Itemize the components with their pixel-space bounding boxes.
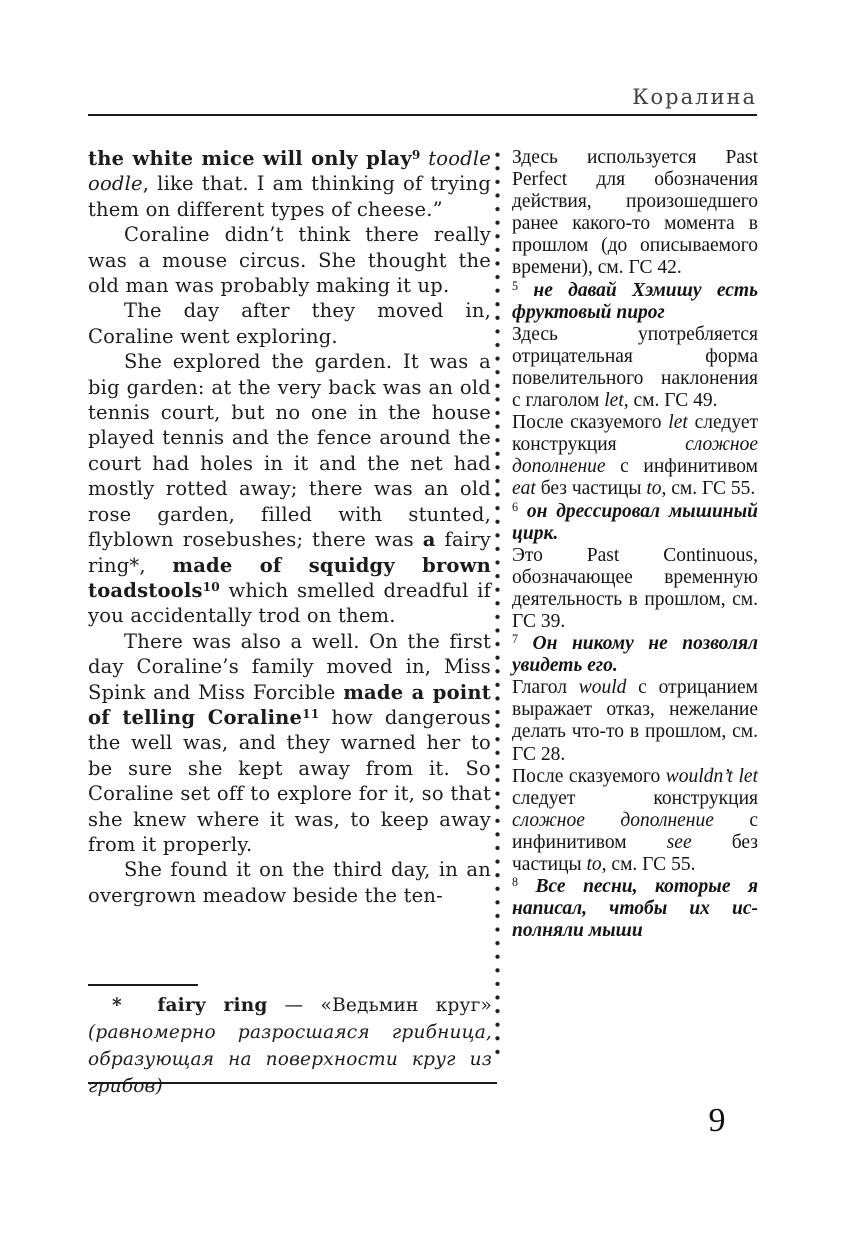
text-segment: Глагол [512,677,579,698]
text-segment: The day after they moved in, Coraline we… [88,299,491,347]
note: 8 Все песни, которые я написал, чтобы их… [512,876,758,942]
text-segment [518,501,527,522]
header-rule [88,114,757,116]
paragraph: The day after they moved in, Coraline we… [88,298,491,349]
note: 5 не давай Хэмишу есть фруктовый пирог [512,280,758,324]
text-segment: без частицы [536,478,647,499]
text-segment: не давай Хэмишу есть фруктовый пирог [512,280,758,323]
text-segment: to [646,478,661,499]
text-segment: 6 [512,500,518,514]
column-divider-dotted [495,152,500,1062]
footnote-rule [88,984,198,986]
paragraph: Coraline didn’t think there really was a… [88,222,491,298]
text-segment: eat [512,478,536,499]
page-number: 9 [697,1102,737,1140]
text-segment: , like that. I am thinking of try­ing th… [88,172,491,220]
text-segment: would [579,677,627,698]
paragraph: She found it on the third day, in an ove… [88,857,491,908]
running-head: Коралина [632,84,757,110]
paragraph: There was also a well. On the first day … [88,629,491,858]
note: Глагол would с отри­цанием выражает от­к… [512,677,758,765]
text-segment: После сказуемого [512,412,668,433]
text-segment: Это Past Continuous, обозначающее вре­ме… [512,545,758,632]
note: 6 он дрессировал мыши­ный цирк. [512,501,758,545]
text-segment: 10 [203,580,220,594]
text-segment: сложное дополнение [512,810,714,831]
text-segment: let [604,390,624,411]
text-segment: (равно­мерно разросшаяся грибница, образ… [88,1022,492,1097]
text-segment: с инфинитивом [606,456,758,477]
note: 7 Он никому не позво­лял увидеть его. [512,633,758,677]
bottom-rule [88,1082,497,1084]
main-text-column: the white mice will only play9 toodle oo… [88,146,491,908]
text-segment: Coraline didn’t think there really was a… [88,223,491,297]
text-segment: She explored the garden. It was a big ga… [88,350,491,551]
text-segment: Все песни, которые я написал, чтобы их и… [512,876,758,941]
text-segment: , см. ГС 49. [624,390,718,411]
text-segment: Здесь используется Past Perfect для обо­… [512,147,758,278]
text-segment: a [423,528,436,551]
text-segment: see [667,832,692,853]
book-page: Коралина the white mice will only play9 … [0,0,845,1241]
text-segment: She found it on the third day, in an ove… [88,858,491,906]
text-segment: let [668,412,688,433]
text-segment: to [587,854,602,875]
text-segment: 8 [512,875,518,889]
text-segment [518,876,535,897]
text-segment: он дрессировал мыши­ный цирк. [512,501,758,544]
text-segment: the white mice will only play [88,147,412,170]
text-segment: , см. ГС 55. [602,854,696,875]
note: Здесь употребляется отрицательная форма … [512,324,758,412]
text-segment: , см. ГС 55. [662,478,756,499]
text-segment: следует конструкция [512,788,758,809]
note: Это Past Continuous, обозначающее вре­ме… [512,545,758,633]
text-segment: 7 [512,632,518,646]
text-segment: 11 [302,707,319,721]
text-segment: После сказуемого [512,766,666,787]
paragraph: the white mice will only play9 toodle oo… [88,146,491,222]
note: После сказуемого wouldn’t let следует ко… [512,766,758,876]
text-segment [518,280,533,301]
text-segment: Он никому не позво­лял увидеть его. [512,633,758,676]
text-segment [518,633,533,654]
note: Здесь используется Past Perfect для обо­… [512,147,758,280]
text-segment: * fairy ring [112,995,268,1016]
notes-column: Здесь используется Past Perfect для обо­… [512,147,758,942]
note: После сказуемого let следует конструкция… [512,412,758,500]
text-segment: — «Ведьмин круг» [268,995,493,1016]
text-segment: 5 [512,279,518,293]
paragraph: She explored the garden. It was a big ga… [88,349,491,628]
text-segment: wouldn’t let [666,766,758,787]
text-segment: 9 [412,148,421,162]
